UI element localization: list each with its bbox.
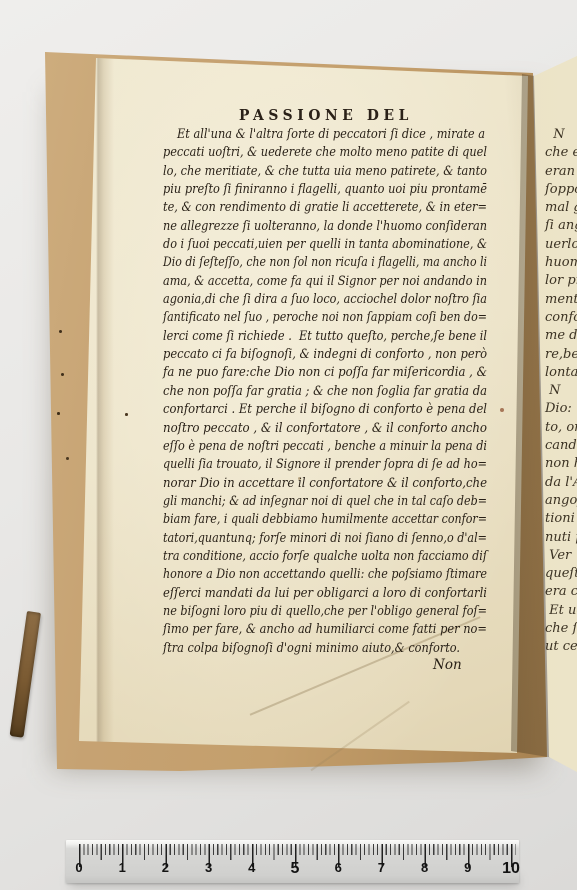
text-line: noſtro peccato , & il confortatore , & i…	[163, 420, 487, 438]
running-title: PASSIONE DEL	[239, 106, 413, 124]
fragment-line: eran ſ	[545, 163, 577, 181]
text-line: ne allegrezze ſi uolteranno, la donde l'…	[163, 218, 487, 236]
body-text-block: Et all'una & l'altra ſorte di peccatori …	[163, 126, 554, 658]
text-line: quelli ſia trouato, il Signore il prende…	[163, 456, 487, 474]
fragment-line: N	[545, 382, 577, 400]
fragment-line: che ſi	[545, 620, 577, 638]
fragment-line: me da	[545, 327, 577, 345]
text-line: piu preſto ſi finiranno i flagelli, quan…	[163, 181, 487, 199]
leather-tie	[10, 611, 41, 738]
fragment-line: angoſc	[545, 492, 577, 510]
text-line: ſimo per fare, & ancho ad humiliarci com…	[163, 621, 487, 639]
fragment-line: Dio:	[545, 400, 577, 418]
wormhole	[61, 373, 64, 376]
ruler-number: 8	[421, 860, 428, 875]
text-line: peccati uoſtri, & uederete che molto men…	[163, 144, 487, 162]
fragment-line: mente	[545, 291, 577, 309]
fragment-line: da l'Ar	[545, 474, 577, 492]
text-line: gli manchi; & ad inſegnar noi di quel ch…	[163, 493, 487, 511]
wormhole	[57, 412, 60, 415]
wormhole	[66, 457, 69, 460]
right-page-text-fragments: Nche eeran ſſoppomal gſi anguerlohuomlor…	[545, 126, 577, 657]
text-line: Dio di ſeſteſſo, che non ſol non ricuſa …	[163, 254, 487, 272]
fragment-line: Et ue	[545, 602, 577, 620]
fragment-line: ſoppo	[545, 181, 577, 199]
ruler: 012345678910	[66, 840, 519, 883]
ruler-number: 10	[502, 860, 520, 878]
fragment-line: uerlo	[545, 236, 577, 254]
text-line: ſtra colpa biſognoſi d'ogni minimo aiuto…	[163, 640, 460, 658]
ruler-number: 9	[464, 860, 471, 875]
text-line: che non poſſa far gratia ; & che non ſog…	[163, 383, 487, 401]
ruler-number: 0	[75, 860, 82, 875]
text-line: tra conditione, accio forſe qualche uolt…	[163, 548, 487, 566]
fragment-line: che e	[545, 144, 577, 162]
fragment-line: ut cer	[545, 638, 577, 656]
text-line: Et all'una & l'altra ſorte di peccatori …	[177, 126, 485, 144]
text-line: agonia,di che ſi dira a ſuo loco, accioc…	[163, 291, 487, 309]
ruler-number: 7	[378, 860, 385, 875]
fragment-line: lor pr	[545, 272, 577, 290]
fragment-line: to, on	[545, 419, 577, 437]
text-line: do i ſuoi peccati,uien per quelli in tan…	[163, 236, 487, 254]
fragment-line: Ver	[545, 547, 577, 565]
text-line: peccato ci fa biſognoſi, & indegni di co…	[163, 346, 487, 364]
ruler-number: 3	[205, 860, 212, 875]
text-line: tatori,quantunq; forſe minori di noi ſia…	[163, 530, 487, 548]
text-line: ne biſogni loro piu di quello,che per l'…	[163, 603, 487, 621]
fragment-line: N	[545, 126, 577, 144]
fragment-line: mal g	[545, 199, 577, 217]
fragment-line: cando	[545, 437, 577, 455]
wormhole	[125, 413, 128, 416]
text-line: confortarci . Et perche il biſogno di co…	[163, 401, 487, 419]
fragment-line: re,be	[545, 346, 577, 364]
text-line: norar Dio in accettare il confortatore &…	[163, 475, 487, 493]
fragment-line: huom	[545, 254, 577, 272]
text-line: lerci come ſi richiede . Et tutto queſto…	[163, 328, 487, 346]
fragment-line: confo	[545, 309, 577, 327]
fragment-line: non ha	[545, 455, 577, 473]
photo-scene: PASSIONE DEL Et all'una & l'altra ſorte …	[0, 0, 577, 890]
ruler-number: 5	[291, 860, 300, 878]
text-line: honore a Dio non accettando quelli: che …	[163, 566, 487, 584]
ruler-number: 2	[162, 860, 169, 875]
text-line: ſantificato nel ſuo , peroche noi non ſa…	[163, 309, 487, 327]
fragment-line: era ch	[545, 583, 577, 601]
fragment-line: ſi ang	[545, 217, 577, 235]
text-line: eſſo è pena de noſtri peccati , benche a…	[163, 438, 487, 456]
catchword: Non	[433, 657, 462, 673]
text-line: fa ne puo fare:che Dio non ci poſſa far …	[163, 364, 487, 382]
fragment-line: tioni ſo	[545, 510, 577, 528]
wormhole	[59, 330, 62, 333]
text-line: lo, che meritiate, & che tutta uia meno …	[163, 163, 487, 181]
text-line: eſſerci mandati da lui per obligarci a l…	[163, 585, 487, 603]
text-line: te, & con rendimento di gratie li accett…	[163, 199, 487, 217]
fragment-line: queſta	[545, 565, 577, 583]
fragment-line: nuti pe	[545, 529, 577, 547]
fragment-line: lonta	[545, 364, 577, 382]
text-line: biam fare, i quali debbiamo humilmente a…	[163, 511, 487, 529]
ruler-number: 1	[119, 860, 126, 875]
text-line: ama, & accetta, come fa qui il Signor pe…	[163, 273, 487, 291]
ruler-number: 4	[248, 860, 255, 875]
ruler-number: 6	[335, 860, 342, 875]
